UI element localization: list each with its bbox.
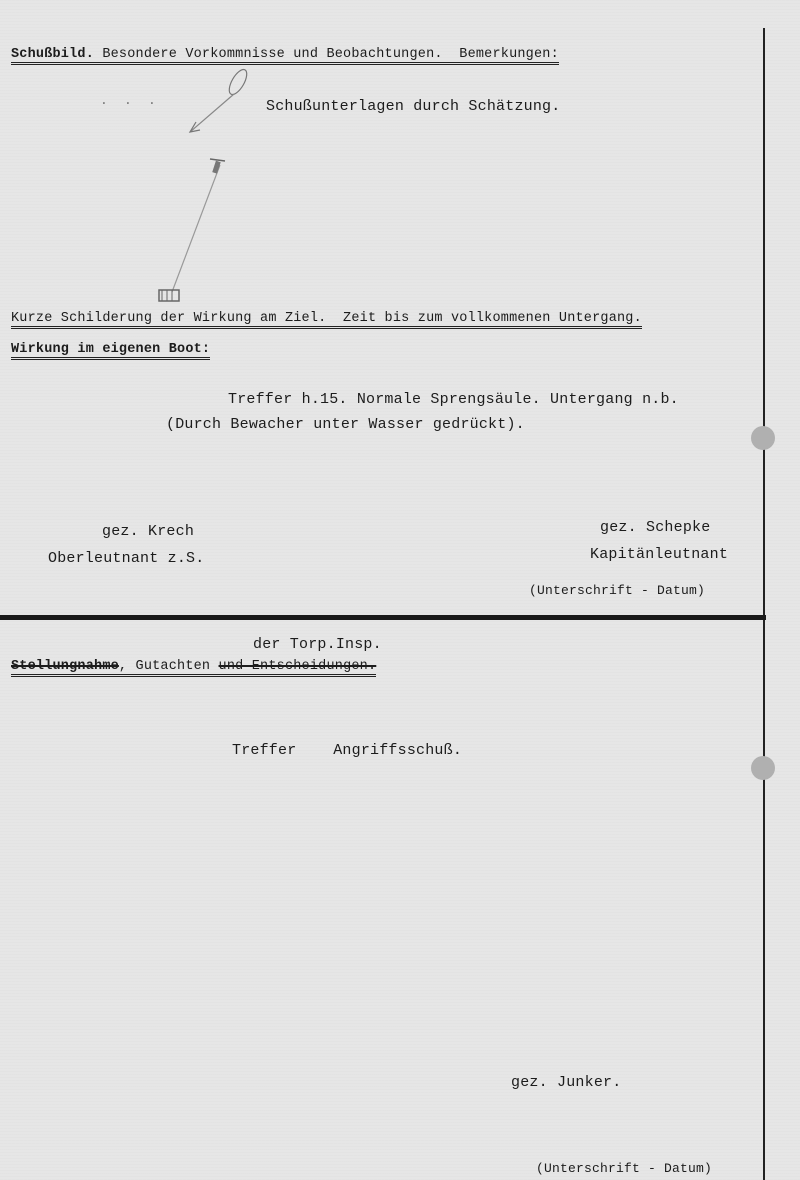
dots: . . . [100, 93, 156, 108]
own-boat-heading: Wirkung im eigenen Boot: [11, 342, 210, 360]
section-divider [0, 615, 766, 620]
review-body: Treffer Angriffsschuß. [232, 742, 462, 759]
review-section-heading: Stellungnahme, Gutachten und Entscheidun… [11, 659, 376, 677]
signature-caption: (Unterschrift - Datum) [529, 583, 705, 598]
shot-note: Schußunterlagen durch Schätzung. [266, 98, 560, 115]
effect-line-1: Treffer h.15. Normale Sprengsäule. Unter… [228, 391, 679, 408]
right-signature-rank: Kapitänleutnant [590, 546, 728, 563]
heading-middle: , Gutachten [119, 659, 219, 674]
effect-line-2: (Durch Bewacher unter Wasser gedrückt). [166, 416, 525, 433]
heading-bold: Schußbild. [11, 47, 94, 62]
punch-hole [751, 426, 775, 450]
struck-word-right: und Entscheidungen. [219, 659, 377, 674]
punch-hole [751, 756, 775, 780]
shot-section-heading: Schußbild. Besondere Vorkommnisse und Be… [11, 47, 559, 65]
torpedo-track-sketch-icon [150, 60, 260, 310]
inserted-text: der Torp.Insp. [253, 636, 382, 653]
effect-section-heading: Kurze Schilderung der Wirkung am Ziel. Z… [11, 311, 642, 329]
left-signature-rank: Oberleutnant z.S. [48, 550, 204, 567]
margin-line [763, 28, 765, 1180]
struck-word-left: Stellungnahme [11, 659, 119, 674]
review-signature: gez. Junker. [511, 1074, 621, 1091]
document-page: Schußbild. Besondere Vorkommnisse und Be… [0, 0, 800, 1180]
right-signature-name: gez. Schepke [600, 519, 710, 536]
review-signature-caption: (Unterschrift - Datum) [536, 1161, 712, 1176]
left-signature-name: gez. Krech [102, 523, 194, 540]
